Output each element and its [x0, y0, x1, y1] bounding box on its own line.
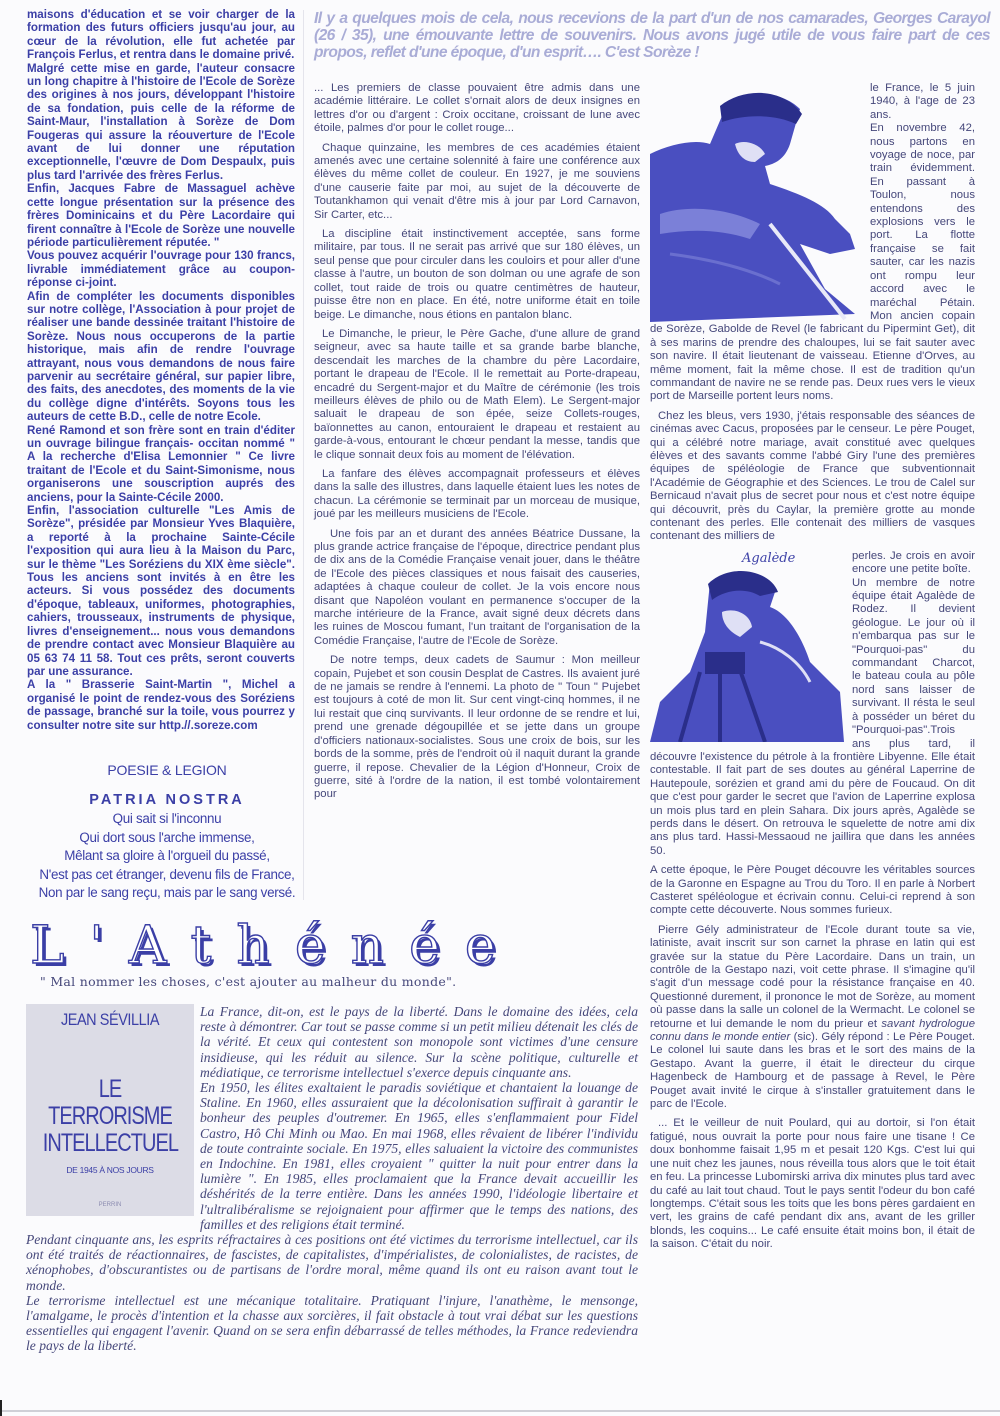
page-corner-mark	[0, 1400, 2, 1416]
paragraph: ... Et le veilleur de nuit Poulard, qui …	[650, 1117, 975, 1251]
middle-column-article: ... Les premiers de classe pouvaient êtr…	[314, 82, 640, 808]
paragraph: Afin de compléter les documents disponib…	[27, 290, 295, 424]
page-bottom-edge	[0, 1410, 1000, 1412]
paragraph: Chaque quinzaine, les membres de ces aca…	[314, 142, 640, 222]
article-intro: Il y a quelques mois de cela, nous recev…	[314, 10, 990, 61]
agalede-photo-image	[650, 552, 844, 742]
right-column-article: le France, le 5 juin 1940, à l'age de 23…	[650, 82, 975, 1258]
paragraph: Malgré cette mise en garde, l'auteur con…	[27, 62, 295, 183]
poem-section-heading: POESIE & LEGION	[27, 762, 307, 778]
review-paragraph: Pendant cinquante ans, les esprits réfra…	[26, 1232, 638, 1293]
paragraph: maisons d'éducation et se voir charger d…	[27, 8, 295, 62]
left-column-article: maisons d'éducation et se voir charger d…	[27, 8, 295, 732]
paragraph: ... Les premiers de classe pouvaient êtr…	[314, 82, 640, 136]
paragraph: A la " Brasserie Saint-Martin ", Michel …	[27, 678, 295, 732]
paragraph: La discipline était instinctivement acce…	[314, 228, 640, 322]
poem-line: Mêlant sa gloire à l'orgueil du passé,	[27, 847, 307, 866]
paragraph: A cette époque, le Père Pouget découvre …	[650, 864, 975, 918]
poem-line: Qui sait si l'inconnu	[27, 810, 307, 829]
newsletter-page: maisons d'éducation et se voir charger d…	[0, 0, 1000, 1416]
paragraph: De notre temps, deux cadets de Saumur : …	[314, 654, 640, 801]
agalede-photo: Agalède	[650, 552, 844, 742]
poem-line: Non par le sang reçu, mais par le sang v…	[27, 884, 307, 903]
paragraph: Enfin, l'association culturelle "Les Ami…	[27, 504, 295, 678]
review-paragraph: Le terrorisme intellectuel est une mécan…	[26, 1293, 638, 1354]
paragraph: René Ramond et son frère sont en train d…	[27, 424, 295, 504]
text-span: Pierre Gély administrateur de l'Ecole du…	[650, 924, 975, 1030]
paragraph: Chez les bleus, vers 1930, j'étais respo…	[650, 410, 975, 544]
paragraph: Vous pouvez acquérir l'ouvrage pour 130 …	[27, 249, 295, 289]
paragraph: Enfin, Jacques Fabre de Massaguel achève…	[27, 182, 295, 249]
poem-block: POESIE & LEGION PATRIA NOSTRA Qui sait s…	[27, 762, 307, 903]
poem-line: Qui dort sous l'arche immense,	[27, 829, 307, 848]
intro-text: Il y a quelques mois de cela, nous recev…	[314, 10, 990, 61]
paragraph: Une fois par an et durant des années Béa…	[314, 528, 640, 649]
portrait-photo	[650, 84, 862, 322]
athenee-motto: " Mal nommer les choses, c'est ajouter a…	[40, 974, 630, 989]
book-review: La France, dit-on, est le pays de la lib…	[26, 1004, 638, 1354]
portrait-photo-image	[650, 84, 862, 322]
poem-title: PATRIA NOSTRA	[27, 792, 307, 808]
paragraph: Pierre Gély administrateur de l'Ecole du…	[650, 924, 975, 1112]
paragraph: La fanfare des élèves accompagnait profe…	[314, 468, 640, 522]
athenee-header: L'Athénée " Mal nommer les choses, c'est…	[30, 918, 630, 989]
paragraph: Le Dimanche, le prieur, le Père Gache, d…	[314, 328, 640, 462]
athenee-logo: L'Athénée	[30, 918, 630, 974]
poem-line: N'est pas cet étranger, devenu fils de F…	[27, 866, 307, 885]
photo-caption: Agalède	[742, 552, 795, 565]
book-float-spacer	[26, 1004, 200, 1218]
